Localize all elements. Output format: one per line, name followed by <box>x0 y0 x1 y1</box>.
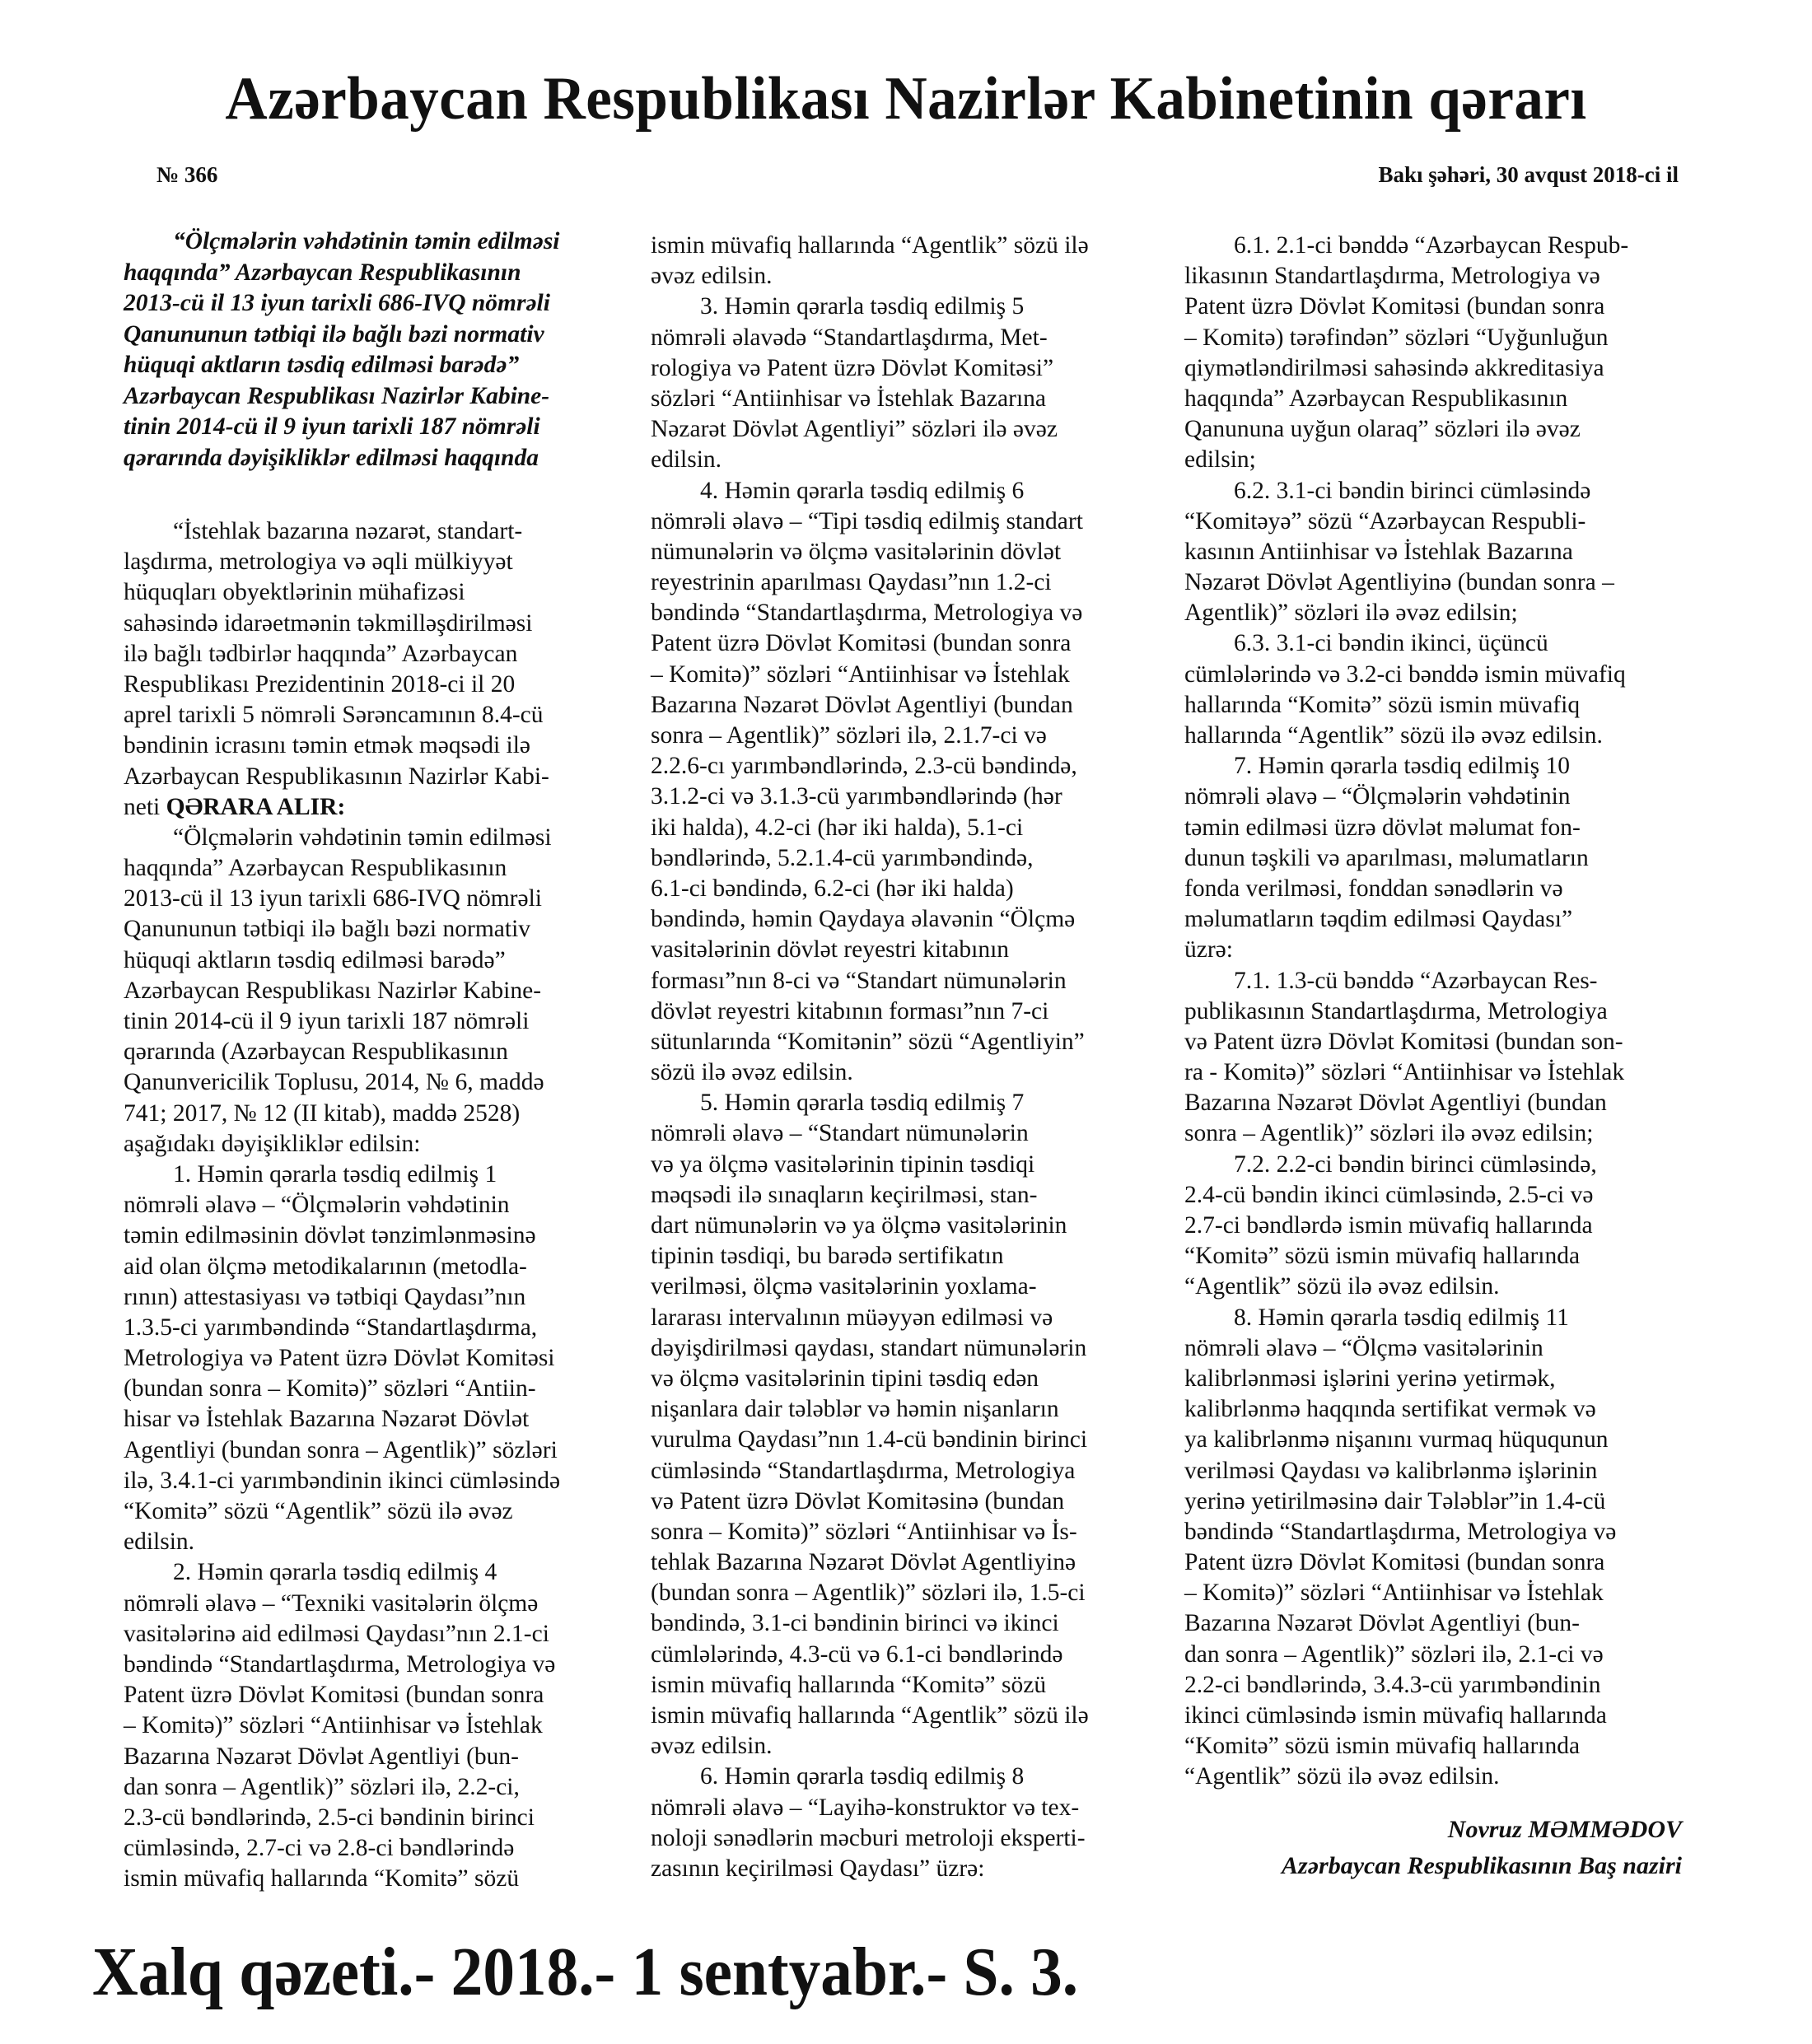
text-line: 741; 2017, № 12 (II kitab), maddə 2528) <box>124 1099 618 1129</box>
item-7-1: 7.1. 1.3-cü bənddə “Azərbaycan Res-publi… <box>1184 966 1695 1150</box>
text-line: tehlak Bazarına Nəzarət Dövlət Agentliyi… <box>651 1547 1161 1578</box>
text-line: Qanunvericilik Toplusu, 2014, № 6, maddə <box>124 1067 618 1098</box>
text-line: əvəz edilsin. <box>651 261 1161 292</box>
item-6-3: 6.3. 3.1-ci bəndin ikinci, üçüncücümlələ… <box>1184 628 1695 751</box>
text-line: 2.4-cü bəndin ikinci cümləsində, 2.5-ci … <box>1184 1180 1695 1211</box>
text-line: hüquqları obyektlərinin mühafizəsi <box>124 577 618 608</box>
text-line: ismin müvafiq hallarında “Komitə” sözü <box>124 1864 618 1894</box>
text-line: 3. Həmin qərarla təsdiq edilmiş 5 <box>651 292 1161 322</box>
item-6: 6. Həmin qərarla təsdiq edilmiş 8nömrəli… <box>651 1762 1161 1884</box>
text-line: “Komitəyə” sözü “Azərbaycan Respubli- <box>1184 506 1695 537</box>
text-line: Respublikası Prezidentinin 2018-ci il 20 <box>124 670 618 700</box>
column-1: “Ölçmələrin vəhdətinin təmin edilməsihaq… <box>124 226 618 1894</box>
text-line: məlumatların təqdim edilməsi Qaydası” <box>1184 904 1695 935</box>
text-line: “Komitə” sözü ismin müvafiq hallarında <box>1184 1241 1695 1272</box>
item-8: 8. Həmin qərarla təsdiq edilmiş 11nömrəl… <box>1184 1303 1695 1793</box>
text-line: publikasının Standartlaşdırma, Metrologi… <box>1184 996 1695 1027</box>
text-line: 2. Həmin qərarla təsdiq edilmiş 4 <box>124 1557 618 1588</box>
text-line: aprel tarixli 5 nömrəli Sərəncamının 8.4… <box>124 700 618 730</box>
text-line: nömrəli əlavə – “Layihə-konstruktor və t… <box>651 1793 1161 1823</box>
text-line: sahəsində idarəetmənin təkmilləşdirilməs… <box>124 609 618 639</box>
text-line: 1. Həmin qərarla təsdiq edilmiş 1 <box>124 1160 618 1190</box>
text-line: tinin 2014-cü il 9 iyun tarixli 187 nömr… <box>124 412 618 443</box>
text-line: Azərbaycan Respublikasının Nazirlər Kabi… <box>124 762 618 792</box>
item-5: 5. Həmin qərarla təsdiq edilmiş 7nömrəli… <box>651 1088 1161 1762</box>
text-line: – Komitə) tərəfindən” sözləri “Uyğunluğu… <box>1184 323 1695 353</box>
signatory-name: Novruz MƏMMƏDOV <box>1282 1812 1682 1848</box>
text-line: Agentliyi (bundan sonra – Agentlik)” söz… <box>124 1435 618 1466</box>
text-line: “Ölçmələrin vəhdətinin təmin edilməsi <box>124 226 618 258</box>
text-line: edilsin. <box>651 445 1161 475</box>
resolves-heading: QƏRARA ALIR: <box>166 794 346 820</box>
item-6-2: 6.2. 3.1-ci bəndin birinci cümləsində“Ko… <box>1184 476 1695 629</box>
text-line: nömrəli əlavə – “Ölçmələrin vəhdətinin <box>1184 782 1695 812</box>
text-line: 7.2. 2.2-ci bəndin birinci cümləsində, <box>1184 1150 1695 1180</box>
text-line: tipinin təsdiqi, bu barədə sertifikatın <box>651 1241 1161 1272</box>
text-line: 6.1. 2.1-ci bənddə “Azərbaycan Respub- <box>1184 231 1695 261</box>
text-line: verilməsi, ölçmə vasitələrinin yoxlama- <box>651 1272 1161 1302</box>
text-line: – Komitə)” sözləri “Antiinhisar və İsteh… <box>651 660 1161 690</box>
text-line: noloji sənədlərin məcburi metroloji eksp… <box>651 1823 1161 1854</box>
text-line: edilsin. <box>124 1527 618 1557</box>
text-line: hallarında “Komitə” sözü ismin müvafiq <box>1184 690 1695 721</box>
text-line: forması”nın 8-ci və “Standart nümunələri… <box>651 966 1161 996</box>
text-line: Azərbaycan Respublikası Nazirlər Kabine- <box>124 381 618 413</box>
text-line: Qanununun tətbiqi ilə bağlı bəzi normati… <box>124 914 618 945</box>
text-line: hisar və İstehlak Bazarına Nəzarət Dövlə… <box>124 1404 618 1435</box>
text-line: kalibrlənməsi işlərini yerinə yetirmək, <box>1184 1364 1695 1394</box>
text-line: “Komitə” sözü ismin müvafiq hallarında <box>1184 1731 1695 1762</box>
text-line: cümlələrində, 4.3-cü və 6.1-ci bəndlərin… <box>651 1640 1161 1670</box>
text-line: və Patent üzrə Dövlət Komitəsi (bundan s… <box>1184 1027 1695 1057</box>
text-line: “Ölçmələrin vəhdətinin təmin edilməsi <box>124 823 618 853</box>
item-4: 4. Həmin qərarla təsdiq edilmiş 6nömrəli… <box>651 476 1161 1089</box>
text-line: sözləri “Antiinhisar və İstehlak Bazarın… <box>651 384 1161 414</box>
text-line: haqqında” Azərbaycan Respublikasının <box>1184 384 1695 414</box>
text-line: yerinə yetirilməsinə dair Tələblər”in 1.… <box>1184 1486 1695 1517</box>
text-line: bəndində “Standartlaşdırma, Metrologiya … <box>124 1650 618 1680</box>
text-line: Metrologiya və Patent üzrə Dövlət Komitə… <box>124 1343 618 1374</box>
text-line: nömrəli əlavə – “Ölçmələrin vəhdətinin <box>124 1190 618 1220</box>
text-line: 2.2-ci bəndlərində, 3.4.3-cü yarımbəndin… <box>1184 1670 1695 1701</box>
text-line: verilməsi Qaydası və kalibrlənmə işlərin… <box>1184 1456 1695 1486</box>
decree-body: “Ölçmələrin vəhdətinin təmin edilməsihaq… <box>124 823 618 1160</box>
text-line: sonra – Agentlik)” sözləri ilə əvəz edil… <box>1184 1118 1695 1149</box>
text-line: (bundan sonra – Agentlik)” sözləri ilə, … <box>651 1578 1161 1608</box>
text-line: bəndində “Standartlaşdırma, Metrologiya … <box>1184 1517 1695 1547</box>
text-line: nömrəli əlavə – “Tipi təsdiq edilmiş sta… <box>651 506 1161 537</box>
text-line: dövlət reyestri kitabının forması”nın 7-… <box>651 996 1161 1027</box>
text-line: Nəzarət Dövlət Agentliyinə (bundan sonra… <box>1184 567 1695 598</box>
text-line: qərarında dəyişikliklər edilməsi haqqınd… <box>124 443 618 474</box>
text-line: bəndinin icrasını təmin etmək məqsədi il… <box>124 730 618 761</box>
text-line: 2.2.6-cı yarımbəndlərində, 2.3-cü bəndin… <box>651 751 1161 782</box>
text-line: 2013-cü il 13 iyun tarixli 686-IVQ nömrə… <box>124 288 618 320</box>
text-line: bəndlərində, 5.2.1.4-cü yarımbəndində, <box>651 843 1161 874</box>
item-6-1: 6.1. 2.1-ci bənddə “Azərbaycan Respub-li… <box>1184 231 1695 476</box>
text-line: 2.7-ci bəndlərdə ismin müvafiq hallarınd… <box>1184 1211 1695 1241</box>
text-line: – Komitə)” sözləri “Antiinhisar və İsteh… <box>1184 1578 1695 1608</box>
text-line: hüquqi aktların təsdiq edilməsi barədə” <box>124 350 618 381</box>
text-line: vasitələrinin dövlət reyestri kitabının <box>651 935 1161 965</box>
decree-intro-title: “Ölçmələrin vəhdətinin təmin edilməsihaq… <box>124 226 618 474</box>
text-line: zasının keçirilməsi Qaydası” üzrə: <box>651 1854 1161 1884</box>
text-line: Azərbaycan Respublikası Nazirlər Kabine- <box>124 976 618 1006</box>
text-line: “Komitə” sözü “Agentlik” sözü ilə əvəz <box>124 1496 618 1527</box>
text-line: təmin edilməsinin dövlət tənzimlənməsinə <box>124 1220 618 1251</box>
text-line: dan sonra – Agentlik)” sözləri ilə, 2.2-… <box>124 1772 618 1803</box>
text-line: ismin müvafiq hallarında “Agentlik” sözü… <box>651 1701 1161 1731</box>
text-line: (bundan sonra – Komitə)” sözləri “Antiin… <box>124 1374 618 1404</box>
text-line: ra - Komitə)” sözləri “Antiinhisar və İs… <box>1184 1057 1695 1088</box>
text-line: Patent üzrə Dövlət Komitəsi (bundan sonr… <box>1184 1547 1695 1578</box>
preamble-last-line: neti QƏRARA ALIR: <box>124 792 618 823</box>
text-line: cümləsində “Standartlaşdırma, Metrologiy… <box>651 1456 1161 1486</box>
text-line: 3.1.2-ci və 3.1.3-cü yarımbəndlərində (h… <box>651 782 1161 812</box>
text-line: bəndində, həmin Qaydaya əlavənin “Ölçmə <box>651 904 1161 935</box>
text-line: əvəz edilsin. <box>651 1731 1161 1762</box>
text-line: hüquqi aktların təsdiq edilməsi barədə” <box>124 945 618 976</box>
text-line: ikinci cümləsində ismin müvafiq halların… <box>1184 1701 1695 1731</box>
text-line: cümlələrində və 3.2-ci bənddə ismin müva… <box>1184 660 1695 690</box>
text-line: 4. Həmin qərarla təsdiq edilmiş 6 <box>651 476 1161 506</box>
text-line: “Agentlik” sözü ilə əvəz edilsin. <box>1184 1762 1695 1792</box>
text-line: bəndində “Standartlaşdırma, Metrologiya … <box>651 598 1161 628</box>
text-line: bəndində, 3.1-ci bəndinin birinci və iki… <box>651 1608 1161 1639</box>
text-line: nömrəli əlavə – “Ölçmə vasitələrinin <box>1184 1333 1695 1364</box>
text-line: 6.2. 3.1-ci bəndin birinci cümləsində <box>1184 476 1695 506</box>
text-line: Patent üzrə Dövlət Komitəsi (bundan sonr… <box>1184 292 1695 322</box>
text-line: fonda verilməsi, fonddan sənədlərin və <box>1184 874 1695 904</box>
text-line: laşdırma, metrologiya və əqli mülkiyyət <box>124 547 618 577</box>
column-2: ismin müvafiq hallarında “Agentlik” sözü… <box>651 231 1161 1884</box>
text-line: 5. Həmin qərarla təsdiq edilmiş 7 <box>651 1088 1161 1118</box>
text-line: və ya ölçmə vasitələrinin tipinin təsdiq… <box>651 1150 1161 1180</box>
text-line: ya kalibrlənmə nişanını vurmaq hüququnun <box>1184 1425 1695 1455</box>
text-line: nömrəli əlavə – “Texniki vasitələrin ölç… <box>124 1589 618 1619</box>
text-line: və Patent üzrə Dövlət Komitəsinə (bundan <box>651 1486 1161 1517</box>
text-line: dan sonra – Agentlik)” sözləri ilə, 2.1-… <box>1184 1640 1695 1670</box>
text-line: haqqında” Azərbaycan Respublikasının <box>124 258 618 289</box>
text-line: dəyişdirilməsi qaydası, standart nümunəl… <box>651 1333 1161 1364</box>
text-line: lararası intervalının müəyyən edilməsi v… <box>651 1303 1161 1333</box>
text-line: vasitələrinə aid edilməsi Qaydası”nın 2.… <box>124 1619 618 1650</box>
text-line: təmin edilməsi üzrə dövlət məlumat fon- <box>1184 813 1695 843</box>
text-line: 6.3. 3.1-ci bəndin ikinci, üçüncü <box>1184 628 1695 659</box>
text-line: nömrəli əlavə – “Standart nümunələrin <box>651 1118 1161 1149</box>
text-line: “İstehlak bazarına nəzarət, standart- <box>124 516 618 547</box>
text-line: Bazarına Nəzarət Dövlət Agentliyi (bunda… <box>1184 1088 1695 1118</box>
text-line: Nəzarət Dövlət Agentliyi” sözləri ilə əv… <box>651 414 1161 445</box>
text-line: rının) attestasiyası və tətbiqi Qaydası”… <box>124 1282 618 1313</box>
text-line: dart nümunələrin və ya ölçmə vasitələrin… <box>651 1211 1161 1241</box>
text-line: qiymətləndirilməsi sahəsində akkreditasi… <box>1184 353 1695 384</box>
text-line: ismin müvafiq hallarında “Komitə” sözü <box>651 1670 1161 1701</box>
text-line: kalibrlənmə haqqında sertifikat vermək v… <box>1184 1394 1695 1425</box>
text-line: Bazarına Nəzarət Dövlət Agentliyi (bun- <box>1184 1608 1695 1639</box>
source-citation: Xalq qəzeti.- 2018.- 1 sentyabr.- S. 3. <box>92 1932 1078 2012</box>
text-line: 2.3-cü bəndlərində, 2.5-ci bəndinin biri… <box>124 1803 618 1833</box>
text-line: nişanlara dair tələblər və həmin nişanla… <box>651 1394 1161 1425</box>
item-7-2: 7.2. 2.2-ci bəndin birinci cümləsində,2.… <box>1184 1150 1695 1303</box>
signatory-position: Azərbaycan Respublikasının Baş naziri <box>1282 1848 1682 1884</box>
item-3: 3. Həmin qərarla təsdiq edilmiş 5nömrəli… <box>651 292 1161 475</box>
text-line: hallarında “Agentlik” sözü ilə əvəz edil… <box>1184 721 1695 751</box>
text-line: likasının Standartlaşdırma, Metrologiya … <box>1184 261 1695 292</box>
text-line: aşağıdakı dəyişikliklər edilsin: <box>124 1129 618 1160</box>
text-line: 6.1-ci bəndində, 6.2-ci (hər iki halda) <box>651 874 1161 904</box>
place-date: Bakı şəhəri, 30 avqust 2018-ci il <box>1378 162 1679 188</box>
decree-number: № 366 <box>156 162 217 188</box>
text-line: nümunələrin və ölçmə vasitələrinin dövlə… <box>651 537 1161 567</box>
text-line: 1.3.5-ci yarımbəndində “Standartlaşdırma… <box>124 1313 618 1343</box>
text-line: 7.1. 1.3-cü bənddə “Azərbaycan Res- <box>1184 966 1695 996</box>
text-line: nömrəli əlavədə “Standartlaşdırma, Met- <box>651 323 1161 353</box>
text-line: “Agentlik” sözü ilə əvəz edilsin. <box>1184 1272 1695 1302</box>
text-line: iki halda), 4.2-ci (hər iki halda), 5.1-… <box>651 813 1161 843</box>
text-line: vurulma Qaydası”nın 1.4-cü bəndinin biri… <box>651 1425 1161 1455</box>
text-line: və ölçmə vasitələrinin tipini təsdiq edə… <box>651 1364 1161 1394</box>
item-7: 7. Həmin qərarla təsdiq edilmiş 10nömrəl… <box>1184 751 1695 965</box>
text-line: – Komitə)” sözləri “Antiinhisar və İsteh… <box>124 1710 618 1741</box>
text-line: 7. Həmin qərarla təsdiq edilmiş 10 <box>1184 751 1695 782</box>
text-line: Patent üzrə Dövlət Komitəsi (bundan sonr… <box>124 1680 618 1710</box>
text-line: ilə, 3.4.1-ci yarımbəndinin ikinci cümlə… <box>124 1466 618 1496</box>
text-line: dunun təşkili və aparılması, məlumatları… <box>1184 843 1695 874</box>
text-line: sonra – Komitə)” sözləri “Antiinhisar və… <box>651 1517 1161 1547</box>
text-line: Patent üzrə Dövlət Komitəsi (bundan sonr… <box>651 628 1161 659</box>
text-line: sözü ilə əvəz edilsin. <box>651 1057 1161 1088</box>
text-line: aid olan ölçmə metodikalarının (metodla- <box>124 1252 618 1282</box>
text-line: sütunlarında “Komitənin” sözü “Agentliyi… <box>651 1027 1161 1057</box>
text-line: ilə bağlı tədbirlər haqqında” Azərbaycan <box>124 639 618 670</box>
text-line: üzrə: <box>1184 935 1695 965</box>
signature-block: Novruz MƏMMƏDOV Azərbaycan Respublikasın… <box>1282 1812 1682 1884</box>
text-line: 8. Həmin qərarla təsdiq edilmiş 11 <box>1184 1303 1695 1333</box>
text-line: məqsədi ilə sınaqların keçirilməsi, stan… <box>651 1180 1161 1211</box>
text-line: reyestrinin aparılması Qaydası”nın 1.2-c… <box>651 567 1161 598</box>
text-line: sonra – Agentlik)” sözləri ilə, 2.1.7-ci… <box>651 721 1161 751</box>
text-line: Bazarına Nəzarət Dövlət Agentliyi (bun- <box>124 1742 618 1772</box>
text-line: edilsin; <box>1184 445 1695 475</box>
text-line: 2013-cü il 13 iyun tarixli 686-IVQ nömrə… <box>124 884 618 914</box>
text-line: qərarında (Azərbaycan Respublikasının <box>124 1037 618 1067</box>
text-line: 6. Həmin qərarla təsdiq edilmiş 8 <box>651 1762 1161 1792</box>
text-line: Agentlik)” sözləri ilə əvəz edilsin; <box>1184 598 1695 628</box>
item-2: 2. Həmin qərarla təsdiq edilmiş 4nömrəli… <box>124 1557 618 1894</box>
text-line: cümləsində, 2.7-ci və 2.8-ci bəndlərində <box>124 1833 618 1864</box>
text-line: Qanununun tətbiqi ilə bağlı bəzi normati… <box>124 320 618 351</box>
item-2-continued: ismin müvafiq hallarında “Agentlik” sözü… <box>651 231 1161 292</box>
item-1: 1. Həmin qərarla təsdiq edilmiş 1nömrəli… <box>124 1160 618 1557</box>
text-line: ismin müvafiq hallarında “Agentlik” sözü… <box>651 231 1161 261</box>
text-line: Qanununa uyğun olaraq” sözləri ilə əvəz <box>1184 414 1695 445</box>
text-line: Bazarına Nəzarət Dövlət Agentliyi (bunda… <box>651 690 1161 721</box>
text-line: rologiya və Patent üzrə Dövlət Komitəsi” <box>651 353 1161 384</box>
text-line: tinin 2014-cü il 9 iyun tarixli 187 nömr… <box>124 1006 618 1037</box>
column-3: 6.1. 2.1-ci bənddə “Azərbaycan Respub-li… <box>1184 231 1695 1793</box>
preamble: “İstehlak bazarına nəzarət, standart-laş… <box>124 516 618 792</box>
text-line: haqqında” Azərbaycan Respublikasının <box>124 853 618 884</box>
page-title: Azərbaycan Respublikası Nazirlər Kabinet… <box>36 64 1776 134</box>
text-line: kasının Antiinhisar və İstehlak Bazarına <box>1184 537 1695 567</box>
